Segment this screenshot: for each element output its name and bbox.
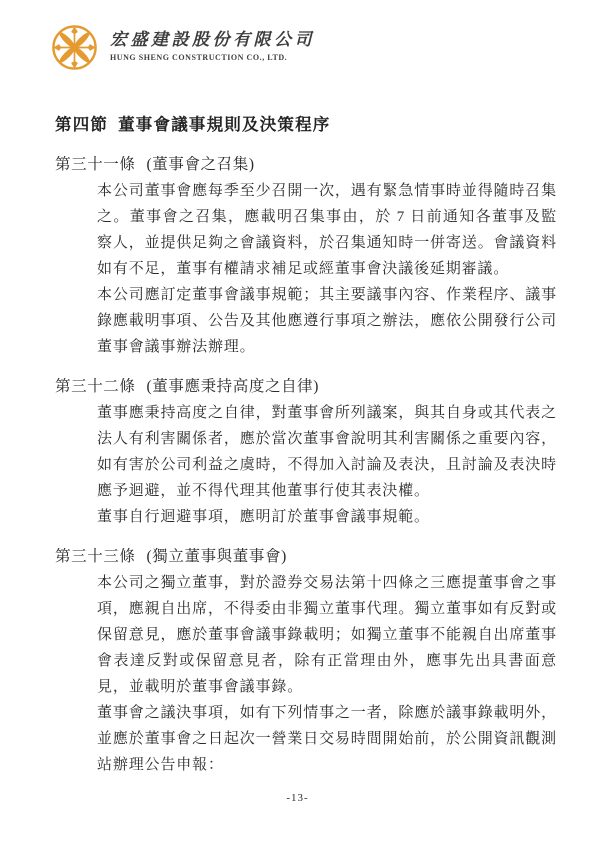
- article-31: 第三十一條(董事會之召集) 本公司董事會應每季至少召開一次，遇有緊急情事時並得隨…: [55, 152, 557, 360]
- section-label: 第四節: [55, 115, 108, 134]
- article-title: (董事會之召集): [147, 152, 255, 178]
- article-paragraph: 本公司應訂定董事會議事規範；其主要議事內容、作業程序、議事錄應載明事項、公告及其…: [97, 282, 557, 360]
- article-paragraph: 本公司董事會應每季至少召開一次，遇有緊急情事時並得隨時召集之。董事會之召集，應載…: [97, 178, 557, 282]
- article-heading: 第三十一條(董事會之召集): [55, 152, 557, 178]
- article-body: 本公司之獨立董事，對於證券交易法第十四條之三應提董事會之事項，應親自出席，不得委…: [97, 570, 557, 778]
- article-paragraph: 董事會之議決事項，如有下列情事之一者，除應於議事錄載明外，並應於董事會之日起次一…: [97, 700, 557, 778]
- article-body: 本公司董事會應每季至少召開一次，遇有緊急情事時並得隨時召集之。董事會之召集，應載…: [97, 178, 557, 360]
- company-name-zh: 宏盛建設股份有限公司: [110, 28, 315, 52]
- page-footer: -13-: [0, 788, 595, 806]
- article-number: 第三十三條: [55, 544, 136, 570]
- company-name-en: HUNG SHENG CONSTRUCTION CO., LTD.: [110, 52, 315, 64]
- article-paragraph: 董事應秉持高度之自律，對董事會所列議案，與其自身或其代表之法人有利害關係者，應於…: [97, 400, 557, 504]
- article-title: (董事應秉持高度之自律): [147, 374, 320, 400]
- article-paragraph: 董事自行迴避事項，應明訂於董事會議事規範。: [97, 504, 557, 530]
- article-32: 第三十二條(董事應秉持高度之自律) 董事應秉持高度之自律，對董事會所列議案，與其…: [55, 374, 557, 530]
- article-heading: 第三十二條(董事應秉持高度之自律): [55, 374, 557, 400]
- document-content: 第四節董事會議事規則及決策程序 第三十一條(董事會之召集) 本公司董事會應每季至…: [55, 112, 557, 778]
- company-name-block: 宏盛建設股份有限公司 HUNG SHENG CONSTRUCTION CO., …: [110, 20, 315, 64]
- page-number: -13-: [286, 792, 308, 804]
- article-number: 第三十一條: [55, 152, 136, 178]
- section-title: 第四節董事會議事規則及決策程序: [55, 112, 557, 138]
- company-logo-icon: [47, 20, 102, 75]
- article-33: 第三十三條(獨立董事與董事會) 本公司之獨立董事，對於證券交易法第十四條之三應提…: [55, 544, 557, 778]
- article-title: (獨立董事與董事會): [147, 544, 287, 570]
- article-heading: 第三十三條(獨立董事與董事會): [55, 544, 557, 570]
- letterhead: 宏盛建設股份有限公司 HUNG SHENG CONSTRUCTION CO., …: [47, 20, 315, 75]
- article-body: 董事應秉持高度之自律，對董事會所列議案，與其自身或其代表之法人有利害關係者，應於…: [97, 400, 557, 530]
- section-heading-text: 董事會議事規則及決策程序: [118, 115, 330, 134]
- article-paragraph: 本公司之獨立董事，對於證券交易法第十四條之三應提董事會之事項，應親自出席，不得委…: [97, 570, 557, 700]
- article-number: 第三十二條: [55, 374, 136, 400]
- document-page: 宏盛建設股份有限公司 HUNG SHENG CONSTRUCTION CO., …: [0, 0, 595, 842]
